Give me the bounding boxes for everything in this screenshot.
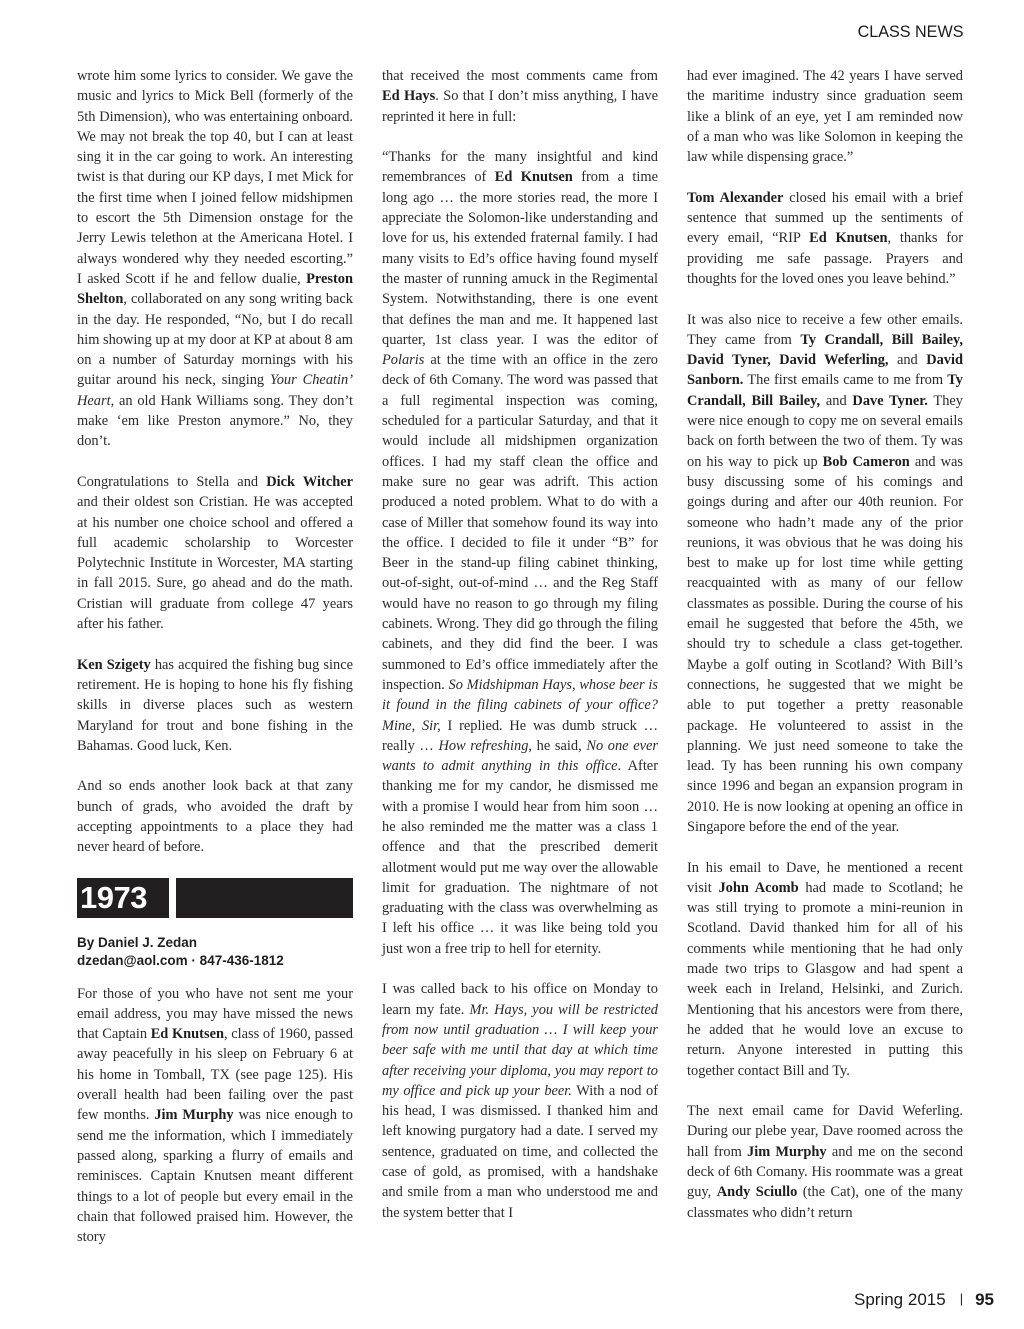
paragraph: And so ends another look back at that za… (77, 776, 353, 857)
paragraph: In his email to Dave, he mentioned a rec… (687, 858, 963, 1081)
issue-label: Spring 2015 (854, 1290, 946, 1310)
paragraph: It was also nice to receive a few other … (687, 310, 963, 838)
text-run: With a nod of his head, I was dismissed.… (382, 1083, 658, 1221)
paragraph: that received the most comments came fro… (382, 66, 658, 127)
page-number: 95 (975, 1290, 994, 1310)
bold-name: Ed Knutsen (151, 1026, 224, 1042)
bold-name: Tom Alexander (687, 190, 783, 206)
paragraph: The next email came for David Weferling.… (687, 1101, 963, 1223)
column-1: wrote him some lyrics to consider. We ga… (77, 66, 353, 1268)
text-run: and (889, 352, 927, 368)
text-run: and their oldest son Cristian. He was ac… (77, 494, 353, 632)
byline-author: By Daniel J. Zedan (77, 934, 353, 952)
bold-name: Ed Knutsen (809, 230, 887, 246)
italic-text: How refreshing (438, 738, 528, 754)
bold-name: Bob Cameron (823, 454, 910, 470)
text-run: , he said, (528, 738, 586, 754)
text-run: wrote him some lyrics to consider. We ga… (77, 68, 353, 287)
column-2: that received the most comments came fro… (382, 66, 658, 1243)
bold-name: Dave Tyner. (852, 393, 927, 409)
paragraph: Ken Szigety has acquired the fishing bug… (77, 655, 353, 756)
text-run: was nice enough to send me the informati… (77, 1107, 353, 1245)
italic-text: Polaris (382, 352, 424, 368)
page-footer: Spring 2015 | 95 (854, 1290, 994, 1310)
text-run: that received the most comments came fro… (382, 68, 658, 84)
text-run: and (820, 393, 852, 409)
class-year-label: 1973 (77, 878, 169, 918)
text-run: had made to Scotland; he was still tryin… (687, 880, 963, 1079)
byline: By Daniel J. Zedan dzedan@aol.com · 847-… (77, 934, 353, 970)
bold-name: Ed Hays (382, 88, 435, 104)
paragraph: Congratulations to Stella and Dick Witch… (77, 472, 353, 634)
bold-name: Ed Knutsen (495, 169, 573, 185)
paragraph: For those of you who have not sent me yo… (77, 984, 353, 1248)
footer-separator: | (960, 1291, 963, 1306)
paragraph: had ever imagined. The 42 years I have s… (687, 66, 963, 167)
bold-name: Andy Sciullo (717, 1184, 798, 1200)
text-run: The first emails came to me from (743, 372, 947, 388)
paragraph: Tom Alexander closed his email with a br… (687, 188, 963, 289)
text-run: And so ends another look back at that za… (77, 778, 353, 855)
text-run: Congratulations to Stella and (77, 474, 266, 490)
section-label: CLASS NEWS (857, 22, 963, 42)
text-run: had ever imagined. The 42 years I have s… (687, 68, 963, 165)
byline-contact: dzedan@aol.com · 847-436-1812 (77, 952, 353, 970)
bold-name: John Acomb (718, 880, 798, 896)
bold-name: Jim Murphy (154, 1107, 233, 1123)
bold-name: Jim Murphy (747, 1144, 827, 1160)
text-run: and was busy discussing some of his comi… (687, 454, 963, 835)
bold-name: Ken Szigety (77, 657, 151, 673)
text-run: from a time long ago … the more stories … (382, 169, 658, 347)
banner-bar (176, 878, 353, 918)
class-year-banner: 1973 (77, 878, 353, 918)
column-3: had ever imagined. The 42 years I have s… (687, 66, 963, 1243)
paragraph: wrote him some lyrics to consider. We ga… (77, 66, 353, 452)
text-run: at the time with an office in the zero d… (382, 352, 658, 693)
text-run: an old Hank Williams song. They don’t ma… (77, 393, 353, 450)
paragraph: I was called back to his office on Monda… (382, 979, 658, 1223)
text-run: . After thanking me for my candor, he di… (382, 758, 658, 957)
paragraph: “Thanks for the many insightful and kind… (382, 147, 658, 959)
bold-name: Dick Witcher (266, 474, 353, 490)
